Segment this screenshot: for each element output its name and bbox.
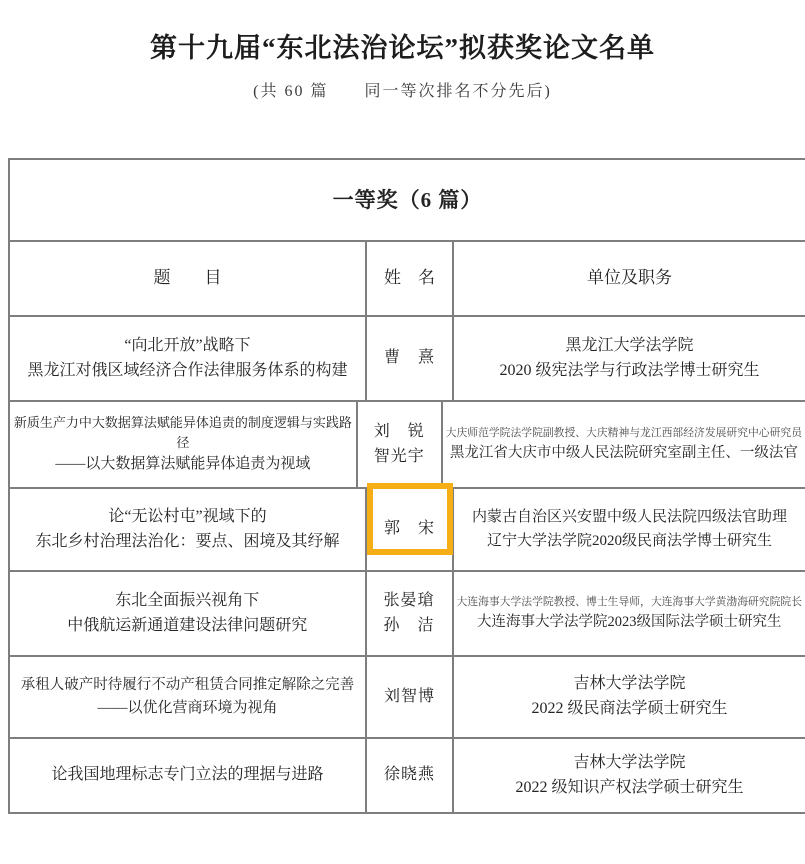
author-name-cell: 张晏瑲 孙 洁 <box>365 572 452 655</box>
author-name: 曹 熹 <box>384 346 435 371</box>
unit-cell: 黑龙江大学法学院 2020 级宪法学与行政法学博士研究生 <box>452 317 805 400</box>
unit-line: 2022 级民商法学硕士研究生 <box>531 697 727 722</box>
author-name: 刘 锐 <box>374 420 425 445</box>
unit-line: 大连海事大学法学院2023级国际法学硕士研究生 <box>477 611 782 633</box>
column-header-row: 题 目 姓 名 单位及职务 <box>10 240 805 315</box>
unit-cell: 大庆师范学院法学院副教授、大庆精神与龙江西部经济发展研究中心研究员 黑龙江省大庆… <box>441 402 805 487</box>
author-name: 智光宇 <box>374 445 425 470</box>
author-name-cell: 刘智博 <box>365 657 452 737</box>
unit-line: 吉林大学法学院 <box>573 672 685 697</box>
table-row: 东北全面振兴视角下 中俄航运新通道建设法律问题研究 张晏瑲 孙 洁 大连海事大学… <box>10 570 805 655</box>
unit-line: 内蒙古自治区兴安盟中级人民法院四级法官助理 <box>472 506 787 529</box>
author-name: 徐晓燕 <box>384 763 435 788</box>
col-header-title: 题 目 <box>10 242 365 315</box>
unit-line: 黑龙江省大庆市中级人民法院研究室副主任、一级法官 <box>450 442 798 464</box>
unit-line: 2022 级知识产权法学硕士研究生 <box>515 776 743 801</box>
table-row: 论我国地理标志专门立法的理据与进路 徐晓燕 吉林大学法学院 2022 级知识产权… <box>10 737 805 812</box>
paper-title-cell: 新质生产力中大数据算法赋能异体追责的制度逻辑与实践路径 ——以大数据算法赋能异体… <box>10 402 356 487</box>
table-row: “向北开放”战略下 黑龙江对俄区域经济合作法律服务体系的构建 曹 熹 黑龙江大学… <box>10 315 805 400</box>
author-name-cell-highlighted: 郭 宋 <box>365 489 452 570</box>
paper-title-line: ——以优化营商环境为视角 <box>97 697 277 720</box>
paper-title-line: ——以大数据算法赋能异体追责为视域 <box>55 453 310 476</box>
author-name-cell: 曹 熹 <box>365 317 452 400</box>
paper-title-cell: “向北开放”战略下 黑龙江对俄区域经济合作法律服务体系的构建 <box>10 317 365 400</box>
author-name: 郭 宋 <box>384 517 435 542</box>
unit-cell: 吉林大学法学院 2022 级知识产权法学硕士研究生 <box>452 739 805 812</box>
paper-title-line: 东北乡村治理法治化：要点、困境及其纾解 <box>35 530 339 555</box>
page-title: 第十九届“东北法治论坛”拟获奖论文名单 <box>0 26 805 65</box>
unit-cell: 吉林大学法学院 2022 级民商法学硕士研究生 <box>452 657 805 737</box>
paper-title-line: 论我国地理标志专门立法的理据与进路 <box>51 763 323 788</box>
table-row: 论“无讼村屯”视域下的 东北乡村治理法治化：要点、困境及其纾解 郭 宋 内蒙古自… <box>10 487 805 570</box>
paper-title-cell: 论我国地理标志专门立法的理据与进路 <box>10 739 365 812</box>
author-name: 刘智博 <box>384 685 435 710</box>
paper-title-line: 东北全面振兴视角下 <box>115 589 259 614</box>
page-subtitle: (共 60 篇 同一等次排名不分先后) <box>0 78 805 101</box>
paper-title-line: 黑龙江对俄区域经济合作法律服务体系的构建 <box>27 359 347 384</box>
unit-line: 黑龙江大学法学院 <box>565 334 693 359</box>
col-header-name: 姓 名 <box>365 242 452 315</box>
author-name-cell: 徐晓燕 <box>365 739 452 812</box>
author-name: 张晏瑲 <box>384 589 435 614</box>
section-header-label: 一等奖（6 篇） <box>10 160 805 240</box>
unit-line: 2020 级宪法学与行政法学博士研究生 <box>499 359 759 384</box>
unit-cell: 内蒙古自治区兴安盟中级人民法院四级法官助理 辽宁大学法学院2020级民商法学博士… <box>452 489 805 570</box>
unit-line: 吉林大学法学院 <box>573 751 685 776</box>
table-row: 新质生产力中大数据算法赋能异体追责的制度逻辑与实践路径 ——以大数据算法赋能异体… <box>10 400 805 487</box>
paper-title-line: 承租人破产时待履行不动产租赁合同推定解除之完善 <box>21 674 355 696</box>
col-header-unit: 单位及职务 <box>452 242 805 315</box>
unit-cell: 大连海事大学法学院教授、博士生导师，大连海事大学黄渤海研究院院长 大连海事大学法… <box>452 572 805 655</box>
table-row: 承租人破产时待履行不动产租赁合同推定解除之完善 ——以优化营商环境为视角 刘智博… <box>10 655 805 737</box>
paper-title-cell: 承租人破产时待履行不动产租赁合同推定解除之完善 ——以优化营商环境为视角 <box>10 657 365 737</box>
author-name: 孙 洁 <box>384 614 435 639</box>
paper-title-cell: 论“无讼村屯”视域下的 东北乡村治理法治化：要点、困境及其纾解 <box>10 489 365 570</box>
paper-title-line: 中俄航运新通道建设法律问题研究 <box>67 614 307 639</box>
paper-title-line: “向北开放”战略下 <box>124 334 250 359</box>
unit-line: 大庆师范学院法学院副教授、大庆精神与龙江西部经济发展研究中心研究员 <box>446 424 802 442</box>
paper-title-line: 新质生产力中大数据算法赋能异体追责的制度逻辑与实践路径 <box>13 413 353 453</box>
unit-line: 大连海事大学法学院教授、博士生导师，大连海事大学黄渤海研究院院长 <box>457 593 803 611</box>
unit-line: 辽宁大学法学院2020级民商法学博士研究生 <box>487 530 772 553</box>
paper-title-cell: 东北全面振兴视角下 中俄航运新通道建设法律问题研究 <box>10 572 365 655</box>
author-name-cell: 刘 锐 智光宇 <box>356 402 441 487</box>
paper-title-line: 论“无讼村屯”视域下的 <box>108 505 266 530</box>
award-table: 一等奖（6 篇） 题 目 姓 名 单位及职务 “向北开放”战略下 黑龙江对俄区域… <box>8 158 805 814</box>
section-header-row: 一等奖（6 篇） <box>10 160 805 240</box>
